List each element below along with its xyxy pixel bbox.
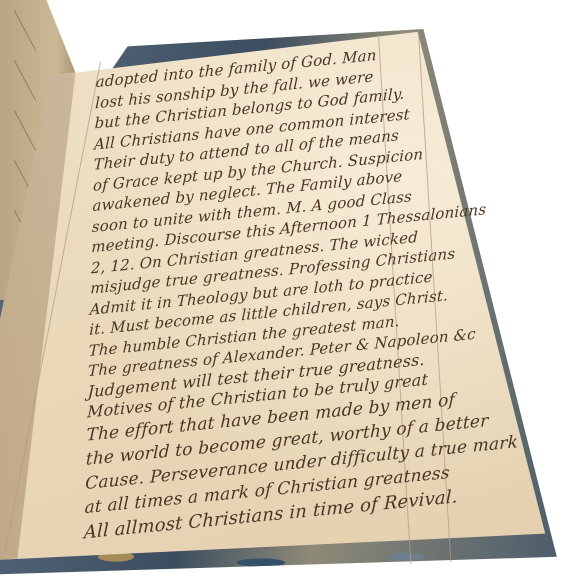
handwritten-text: adopted into the family of God. Man lost…: [84, 30, 534, 545]
notebook-photo: adopted into the family of God. Man lost…: [0, 0, 580, 580]
